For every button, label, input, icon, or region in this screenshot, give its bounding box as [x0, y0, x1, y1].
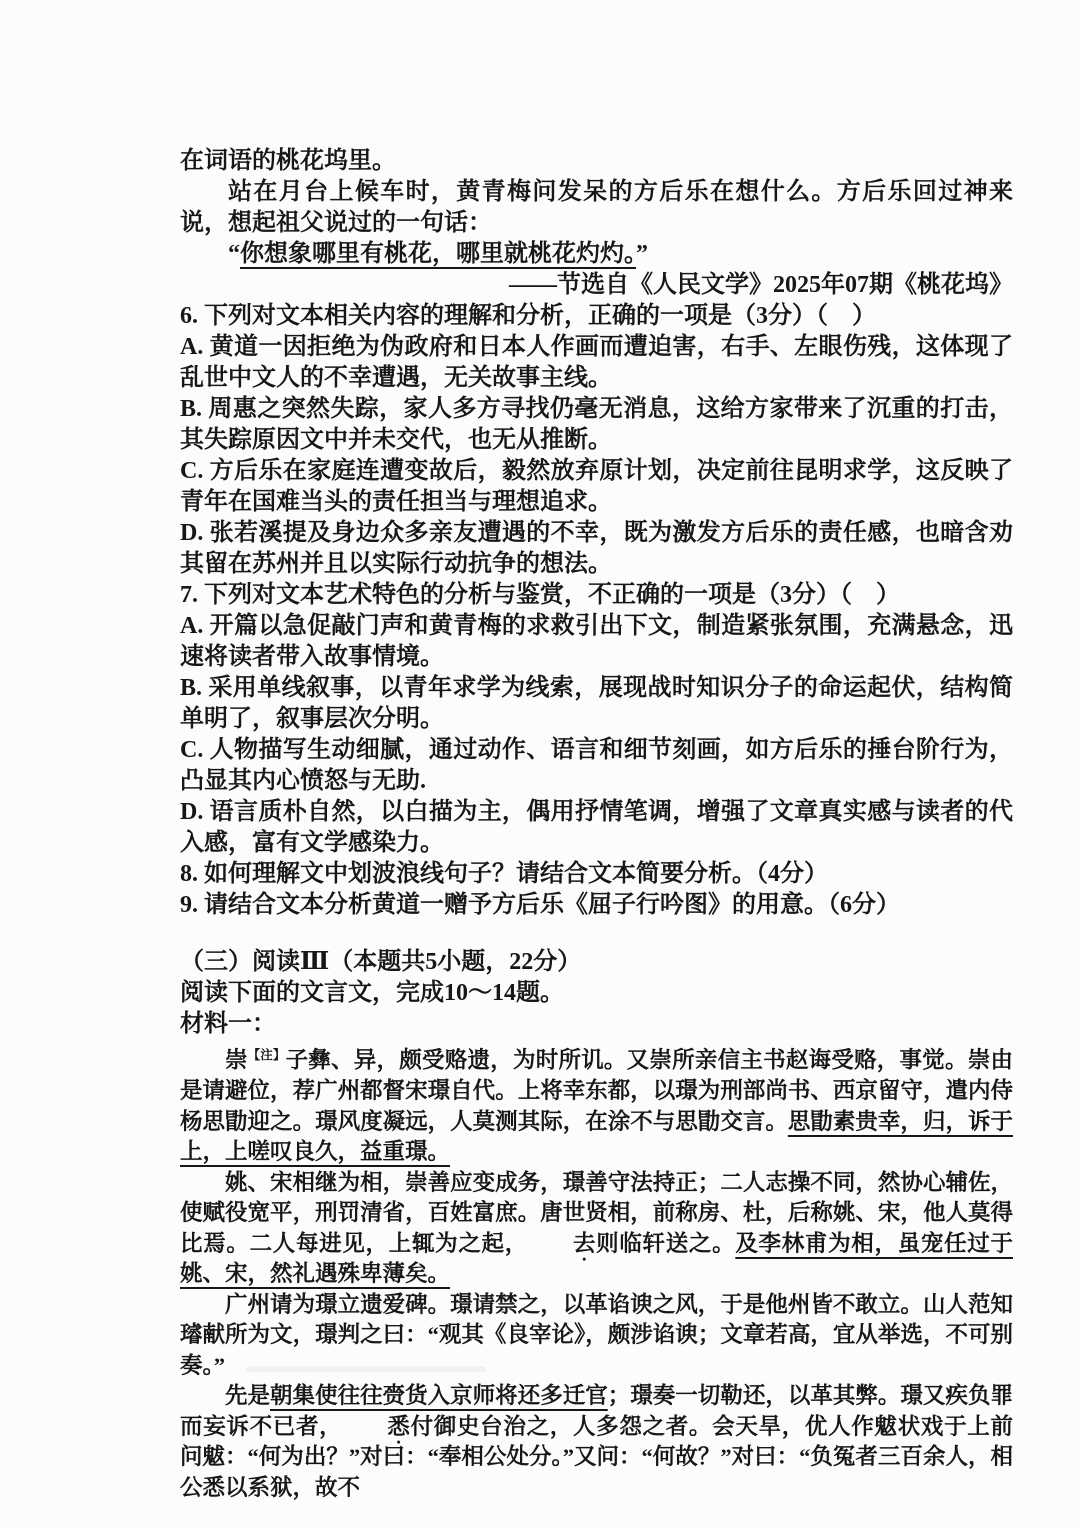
- question-7-option-d: D. 语言质朴自然，以白描为主，偶用抒情笔调，增强了文章真实感与读者的代入感，富…: [180, 797, 1013, 859]
- question-7-option-c: C. 人物描写生动细腻，通过动作、语言和细节刻画，如方后乐的捶台阶行为，凸显其内…: [180, 735, 1013, 797]
- section-3-instruction: 阅读下面的文言文，完成10～14题。: [180, 978, 1013, 1009]
- intro-paragraph: 站在月台上候车时，黄青梅问发呆的方后乐在想什么。方后乐回过神来说，想起祖父说过的…: [180, 177, 1013, 239]
- scan-smudge-artifact: [246, 1366, 486, 1372]
- classical-paragraph-4: 先是朝集使往往赍货入京师将还多迁官；璟奏一切勒还，以革其弊。璟又疾负罪而妄诉不已…: [180, 1381, 1013, 1503]
- question-9: 9. 请结合文本分析黄道一赠予方后乐《屈子行吟图》的用意。（6分）: [180, 890, 1013, 921]
- intro-line: 在词语的桃花坞里。: [180, 146, 1013, 177]
- classical-text-section: 崇【注】子彝、异，颇受赂遗，为时所讥。又崇所亲信主书赵诲受赂，事觉。崇由是请避位…: [180, 1040, 1013, 1503]
- source-byline: ——节选自《人民文学》2025年07期《桃花坞》: [180, 270, 1013, 301]
- section-3-header: （三）阅读Ⅲ（本题共5小题，22分）: [180, 947, 1013, 978]
- question-7-option-a: A. 开篇以急促敲门声和黄青梅的求救引出下文，制造紧张氛围，充满悬念，迅速将读者…: [180, 611, 1013, 673]
- question-6-stem: 6. 下列对文本相关内容的理解和分析，正确的一项是（3分）（ ）: [180, 301, 1013, 332]
- material-1-label: 材料一：: [180, 1009, 1013, 1040]
- modern-text-section: 在词语的桃花坞里。 站在月台上候车时，黄青梅问发呆的方后乐在想什么。方后乐回过神…: [180, 146, 1013, 1040]
- classical-paragraph-2: 姚、宋相继为相，崇善应变成务，璟善守法持正；二人志操不同，然协心辅佐，使赋役宽平…: [180, 1168, 1013, 1290]
- exam-scan-page: 在词语的桃花坞里。 站在月台上候车时，黄青梅问发呆的方后乐在想什么。方后乐回过神…: [0, 0, 1080, 1527]
- question-6-option-b: B. 周惠之突然失踪，家人多方寻找仍毫无消息，这给方家带来了沉重的打击，其失踪原…: [180, 394, 1013, 456]
- page-content: 在词语的桃花坞里。 站在月台上候车时，黄青梅问发呆的方后乐在想什么。方后乐回过神…: [180, 146, 1013, 1503]
- question-8: 8. 如何理解文中划波浪线句子？请结合文本简要分析。（4分）: [180, 859, 1013, 890]
- question-7-option-b: B. 采用单线叙事，以青年求学为线索，展现战时知识分子的命运起伏，结构简单明了，…: [180, 673, 1013, 735]
- question-7-stem: 7. 下列对文本艺术特色的分析与鉴赏，不正确的一项是（3分）（ ）: [180, 580, 1013, 611]
- quoted-sentence: “你想象哪里有桃花，哪里就桃花灼灼。”: [180, 239, 1013, 270]
- classical-paragraph-1: 崇【注】子彝、异，颇受赂遗，为时所讥。又崇所亲信主书赵诲受赂，事觉。崇由是请避位…: [180, 1040, 1013, 1168]
- question-6-option-c: C. 方后乐在家庭连遭变故后，毅然放弃原计划，决定前往昆明求学，这反映了青年在国…: [180, 456, 1013, 518]
- question-6-option-d: D. 张若溪提及身边众多亲友遭遇的不幸，既为激发方后乐的责任感，也暗含劝其留在苏…: [180, 518, 1013, 580]
- question-6-option-a: A. 黄道一因拒绝为伪政府和日本人作画而遭迫害，右手、左眼伤残，这体现了乱世中文…: [180, 332, 1013, 394]
